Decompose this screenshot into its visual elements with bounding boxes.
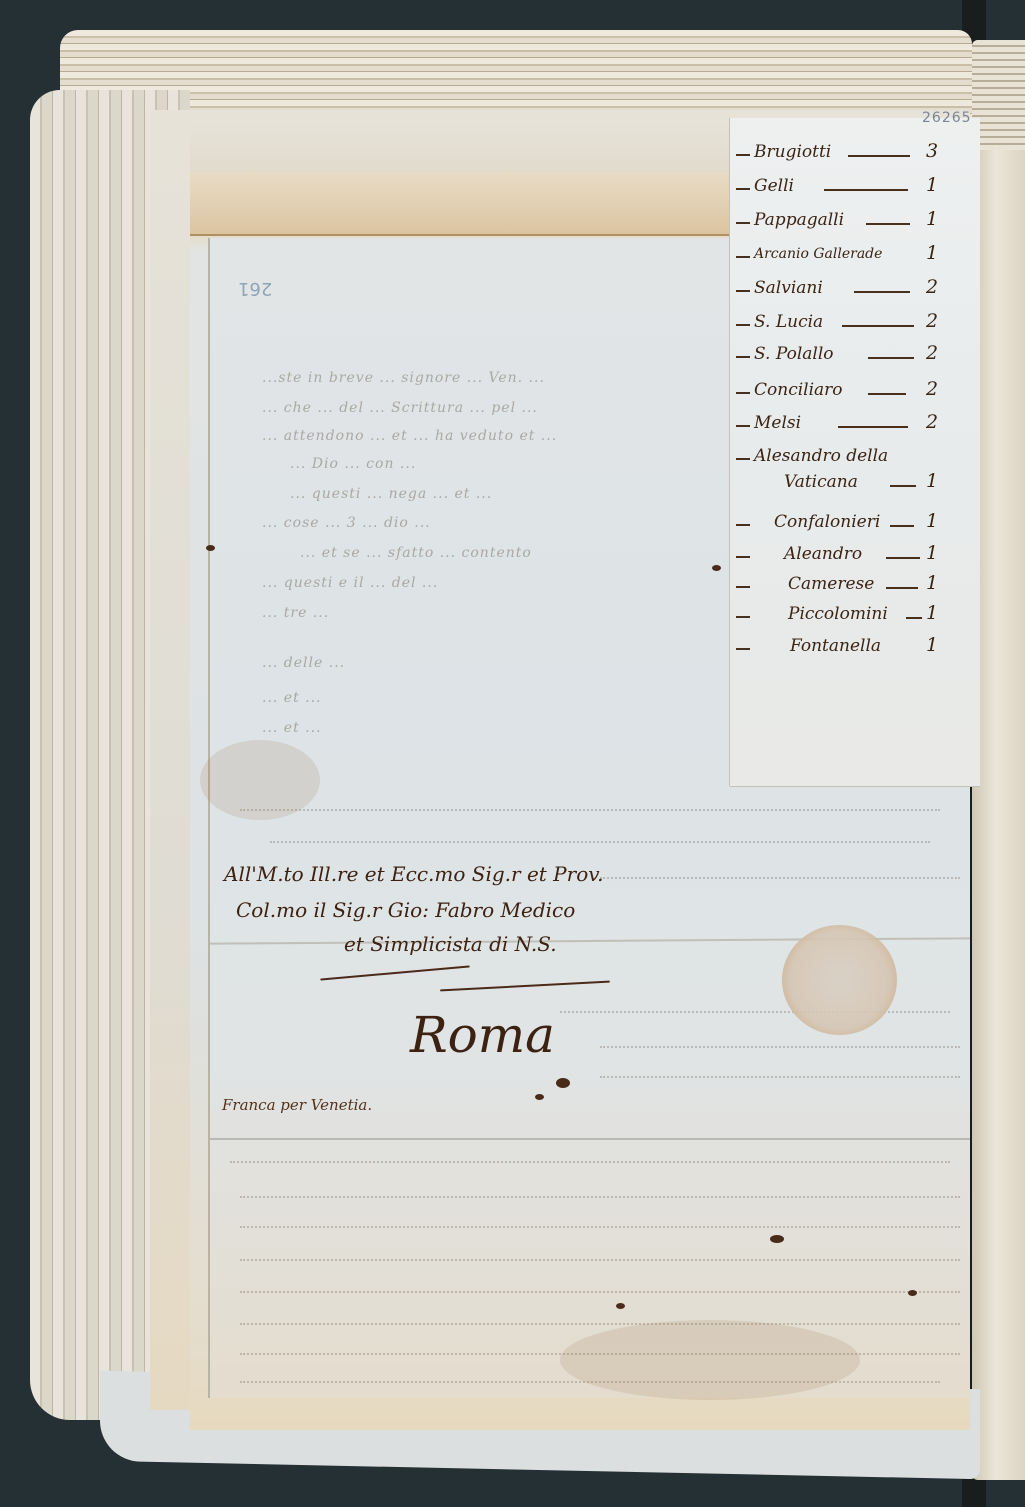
list-item-name: Gelli <box>754 176 794 196</box>
wax-seal-residue <box>782 925 897 1035</box>
faded-text-line: ...ste in breve ... signore ... Ven. ... <box>262 370 545 386</box>
list-item-count: 2 <box>926 342 938 364</box>
folio-number: 261 <box>238 278 272 299</box>
faded-text-line: ... delle ... <box>262 655 345 671</box>
list-item-name: Brugiotti <box>754 142 831 162</box>
leader-line <box>868 393 906 395</box>
list-item: Pappagalli 1 <box>730 208 980 238</box>
faded-text-line: ... tre ... <box>262 605 329 621</box>
faded-text-line <box>240 1322 960 1325</box>
faded-text-line <box>600 876 960 879</box>
ink-blot <box>908 1290 917 1296</box>
faded-text-line: ... questi e il ... del ... <box>262 575 438 591</box>
bullet-dash <box>736 356 750 358</box>
faded-text-line <box>240 808 940 811</box>
list-item: Conciliaro 2 <box>730 378 980 408</box>
ink-blot <box>556 1078 570 1088</box>
faded-text-line: ... et ... <box>262 690 322 706</box>
list-item-name: Arcanio Gallerade <box>754 246 882 262</box>
list-item-count: 1 <box>926 542 938 564</box>
list-item-count: 1 <box>926 208 938 230</box>
faded-text-line <box>230 1160 950 1163</box>
stain <box>560 1320 860 1400</box>
leader-line <box>886 587 918 589</box>
bullet-dash <box>736 222 750 224</box>
address-line-1: All'M.to Ill.re et Ecc.mo Sig.r et Prov. <box>224 862 604 886</box>
list-item: S. Polallo 2 <box>730 342 980 372</box>
leader-line <box>824 189 908 191</box>
list-item-name: Salviani <box>754 278 823 298</box>
list-item-count: 2 <box>926 378 938 400</box>
faded-text-line <box>560 1010 950 1013</box>
list-item-name: Conciliaro <box>754 380 843 400</box>
bullet-dash <box>736 425 750 427</box>
list-item-count: 2 <box>926 411 938 433</box>
leader-line <box>890 525 914 527</box>
folded-flap <box>190 172 730 236</box>
leader-line <box>868 357 914 359</box>
ink-blot <box>616 1303 625 1309</box>
destination-city: Roma <box>410 1006 555 1064</box>
bullet-dash <box>736 648 750 650</box>
bullet-dash <box>736 324 750 326</box>
list-item: Melsi 2 <box>730 411 980 441</box>
list-item: Vaticana 1 <box>730 470 980 500</box>
list-item: Fontanella 1 <box>730 634 980 664</box>
leader-line <box>890 485 916 487</box>
leader-line <box>886 557 920 559</box>
list-item-name: Camerese <box>788 574 874 594</box>
bullet-dash <box>736 616 750 618</box>
bullet-dash <box>736 392 750 394</box>
bullet-dash <box>736 458 750 460</box>
address-line-3: et Simplicista di N.S. <box>344 932 557 956</box>
bullet-dash <box>736 556 750 558</box>
list-item-name: S. Polallo <box>754 344 834 364</box>
list-item-name: Piccolomini <box>788 604 888 624</box>
faded-text-line: ... che ... del ... Scrittura ... pel ..… <box>262 400 538 416</box>
leader-line <box>848 155 910 157</box>
list-item-name: Fontanella <box>790 636 881 656</box>
ink-blot <box>770 1235 784 1243</box>
list-item-count: 1 <box>926 470 938 492</box>
list-item-name: Melsi <box>754 413 801 433</box>
list-item-name: Confalonieri <box>774 512 880 532</box>
list-item-count: 2 <box>926 310 938 332</box>
list-item: Confalonieri 1 <box>730 510 980 540</box>
leader-line <box>838 426 908 428</box>
faded-text-line <box>240 1290 960 1293</box>
list-item-count: 1 <box>926 602 938 624</box>
faded-text-line <box>270 840 930 843</box>
faded-text-line: ... et ... <box>262 720 322 736</box>
list-item: Salviani 2 <box>730 276 980 306</box>
list-item-name: Aleandro <box>784 544 862 564</box>
ink-blot <box>206 545 215 551</box>
bullet-dash <box>736 524 750 526</box>
list-item: S. Lucia 2 <box>730 310 980 340</box>
list-item-count: 1 <box>926 174 938 196</box>
page-stack-top-edge <box>60 30 972 120</box>
list-item-count: 1 <box>926 242 938 264</box>
list-item-count: 1 <box>926 510 938 532</box>
faded-text-line: ... cose ... 3 ... dio ... <box>262 515 431 531</box>
list-item: Gelli 1 <box>730 174 980 204</box>
list-item: Brugiotti 3 <box>730 140 980 170</box>
list-item-name: Alesandro della <box>754 446 888 466</box>
bullet-dash <box>736 586 750 588</box>
leader-line <box>854 291 910 293</box>
faded-text-line: ... et se ... sfatto ... contento <box>300 545 532 561</box>
faded-text-line: ... Dio ... con ... <box>290 456 416 472</box>
faded-text-line <box>240 1195 960 1198</box>
faded-text-line: ... attendono ... et ... ha veduto et ..… <box>262 428 557 444</box>
list-item-name: S. Lucia <box>754 312 823 332</box>
stain <box>200 740 320 820</box>
bullet-dash <box>736 154 750 156</box>
ink-blot <box>535 1094 544 1100</box>
bullet-dash <box>736 256 750 258</box>
address-line-2: Col.mo il Sig.r Gio: Fabro Medico <box>236 898 575 922</box>
faded-text-line: ... questi ... nega ... et ... <box>290 486 492 502</box>
routing-note: Franca per Venetia. <box>222 1096 372 1114</box>
bullet-dash <box>736 188 750 190</box>
ink-blot <box>712 565 721 571</box>
list-item: Arcanio Gallerade 1 <box>730 242 980 272</box>
attached-list-slip: Brugiotti 3 Gelli 1 Pappagalli 1 Arcanio… <box>730 118 980 786</box>
list-item: Camerese 1 <box>730 572 980 602</box>
list-item-count: 1 <box>926 572 938 594</box>
faded-text-line <box>240 1225 960 1228</box>
faded-text-line <box>600 1075 960 1078</box>
list-item-count: 2 <box>926 276 938 298</box>
catalog-number: 26265 <box>922 110 972 126</box>
list-item-count: 3 <box>926 140 938 162</box>
list-item-name: Pappagalli <box>754 210 844 230</box>
faded-text-line <box>600 1045 960 1048</box>
bullet-dash <box>736 290 750 292</box>
faded-text-line <box>240 1258 960 1261</box>
fold-line <box>210 1138 970 1140</box>
list-item: Aleandro 1 <box>730 542 980 572</box>
leader-line <box>866 223 910 225</box>
list-item-name: Vaticana <box>784 472 858 492</box>
leader-line <box>906 617 922 619</box>
list-item-count: 1 <box>926 634 938 656</box>
leader-line <box>842 325 914 327</box>
list-item: Piccolomini 1 <box>730 602 980 632</box>
